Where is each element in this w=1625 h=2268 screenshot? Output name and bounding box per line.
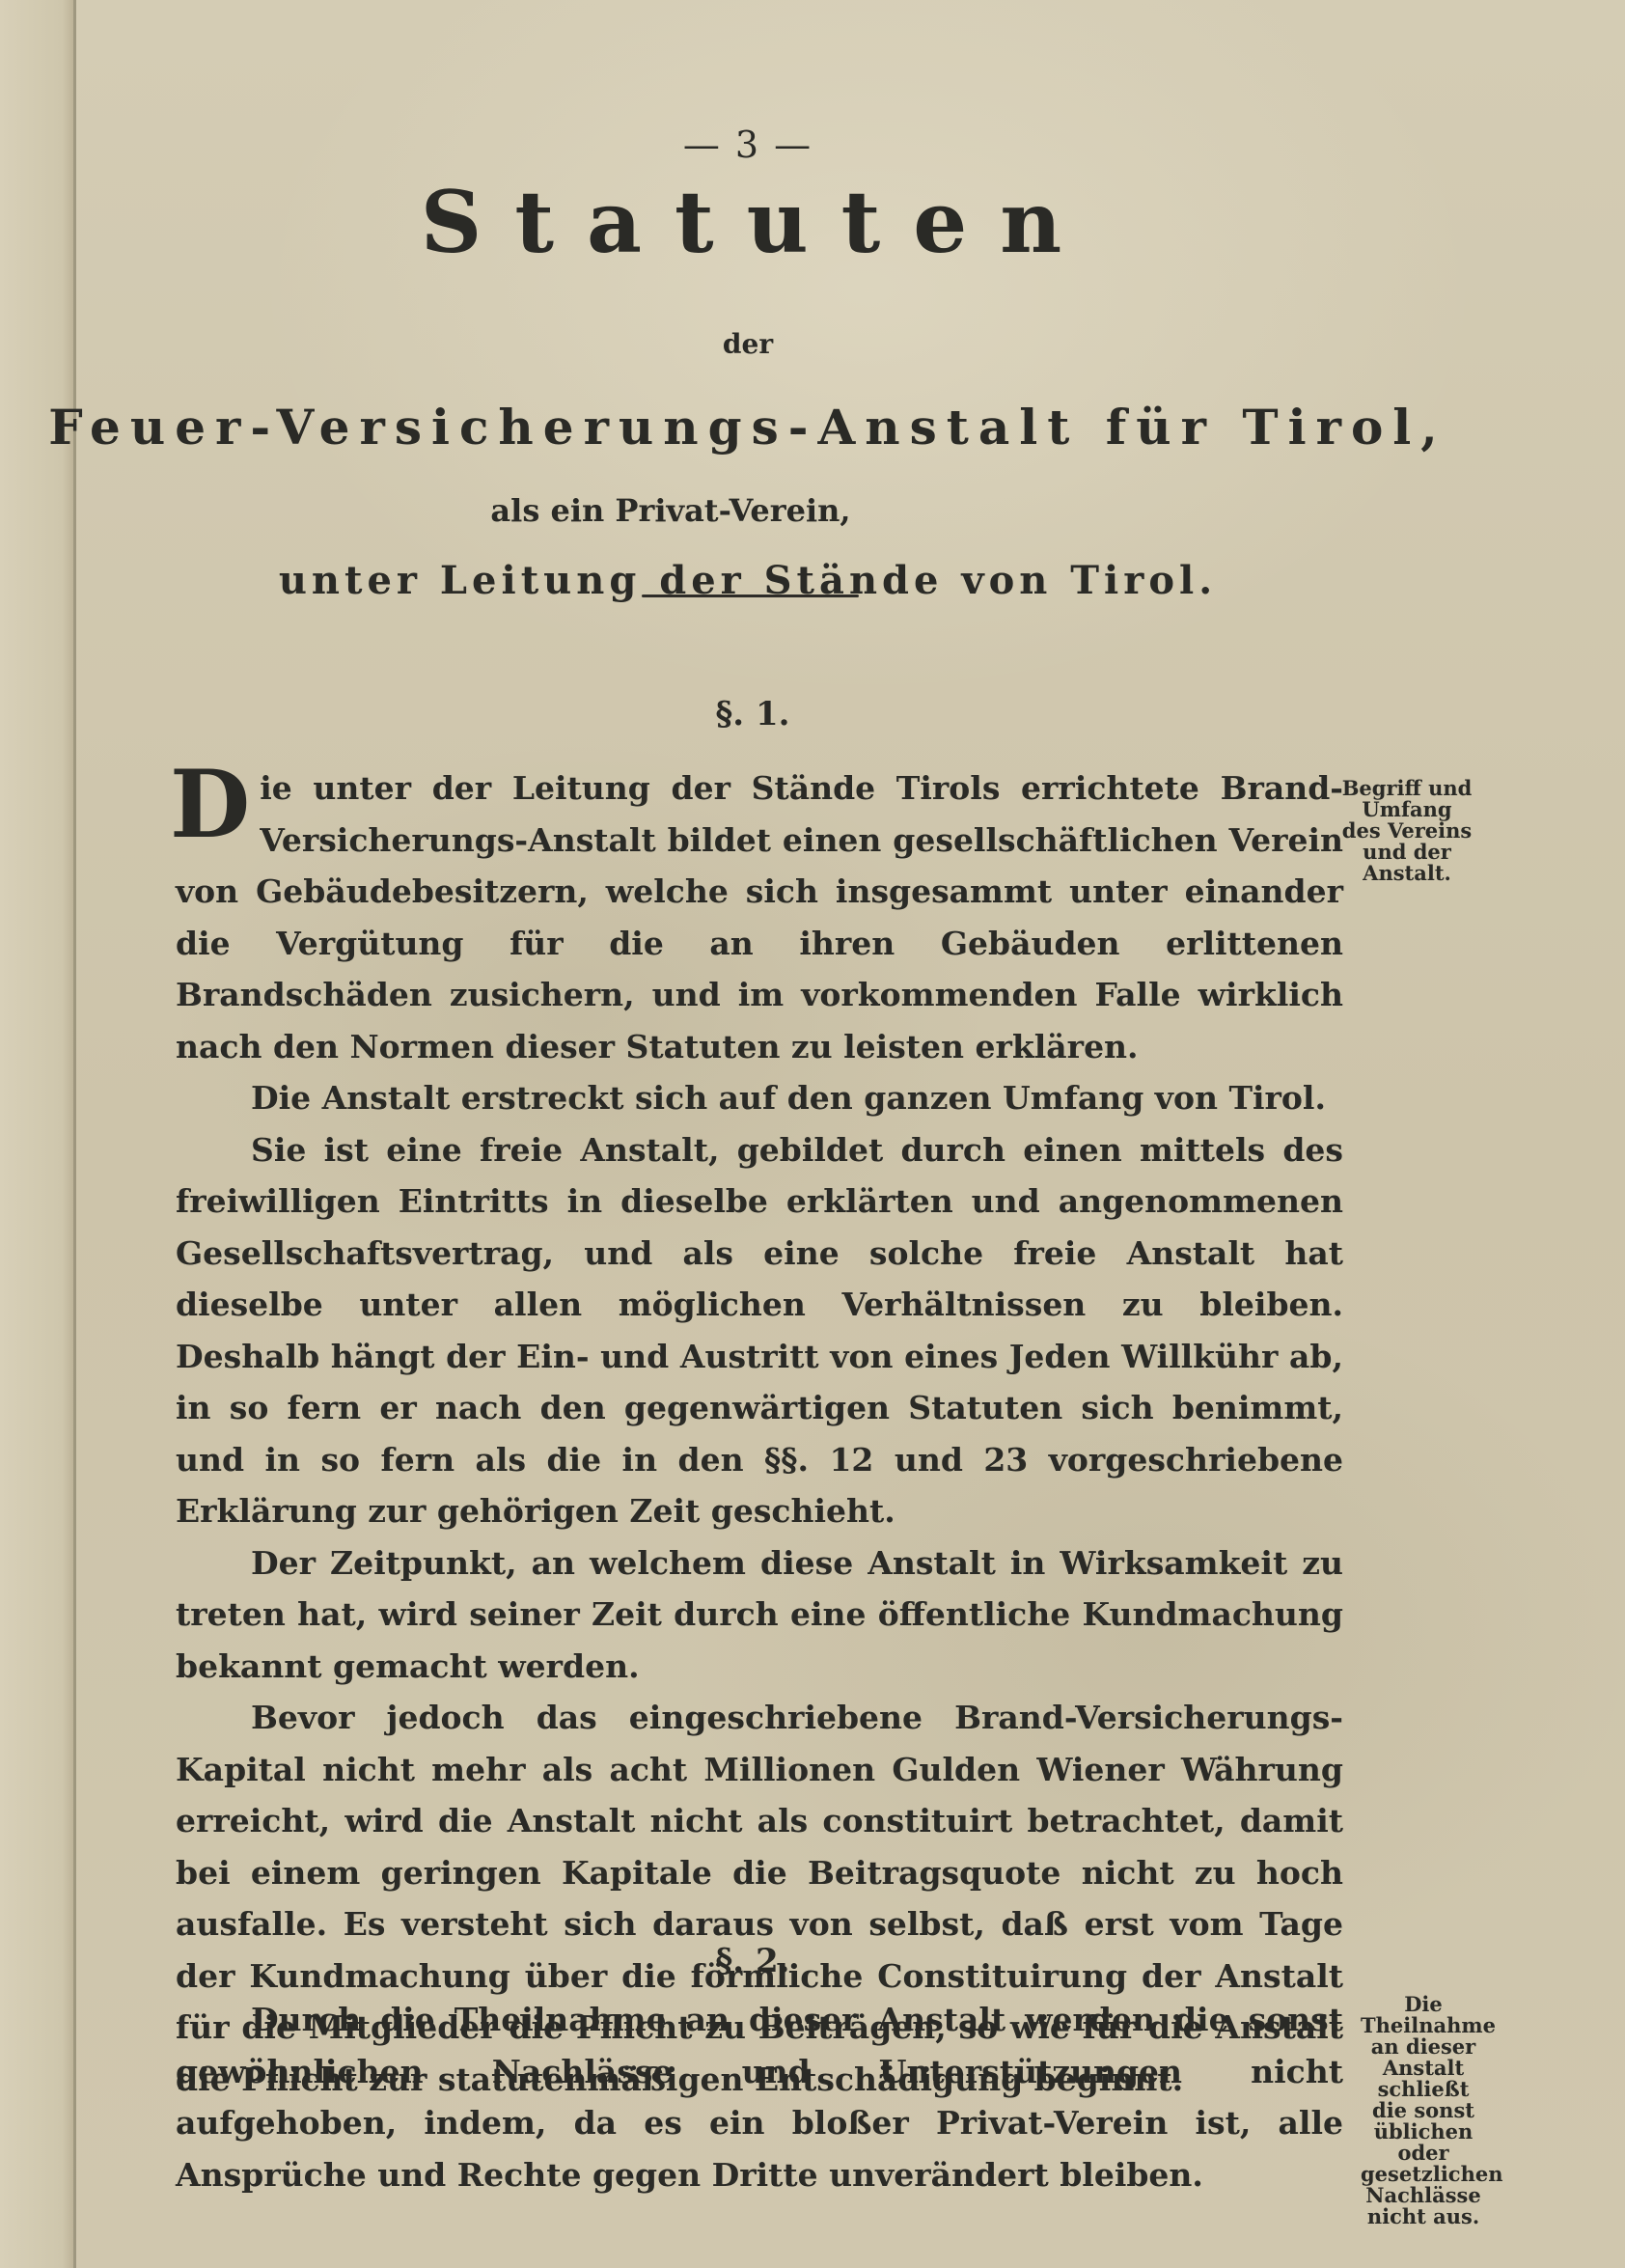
title-connector: der <box>0 328 1496 360</box>
section-2-paragraph-1: Durch die Theilnahme an dieser Anstalt w… <box>176 1994 1343 2200</box>
section-1-paragraph-4: Der Zeitpunkt, an welchem diese Anstalt … <box>176 1537 1343 1693</box>
section-1-paragraph-1: Die unter der Leitung der Stände Tirols … <box>176 762 1343 1072</box>
section-1-paragraph-2: Die Anstalt erstreckt sich auf den ganze… <box>176 1072 1343 1124</box>
drop-cap: D <box>170 766 250 844</box>
section-2-heading: §. 2. <box>0 1942 1505 1980</box>
document-page: — 3 — Statuten der Feuer-Versicherungs-A… <box>0 0 1625 2268</box>
title-divider <box>642 595 859 597</box>
document-title: Statuten <box>19 174 1496 270</box>
section-1-paragraph-3: Sie ist eine freie Anstalt, gebildet dur… <box>176 1124 1343 1537</box>
document-subtitle: Feuer-Versicherungs-Anstalt für Tirol, <box>0 399 1496 456</box>
section-2-body: Durch die Theilnahme an dieser Anstalt w… <box>176 1994 1343 2200</box>
section-1-margin-note: Begriff und Umfang des Vereins und der A… <box>1339 778 1474 884</box>
section-2-margin-note: Die Theilnahme an dieser Anstalt schließ… <box>1361 1994 1486 2227</box>
title-block: Statuten der Feuer-Versicherungs-Anstalt… <box>0 174 1496 603</box>
section-1-body: Die unter der Leitung der Stände Tirols … <box>176 762 1343 2105</box>
page-number: — 3 — <box>0 124 1496 166</box>
document-subtitle-2: als ein Privat-Verein, <box>0 492 1496 529</box>
section-1-heading: §. 1. <box>0 695 1505 733</box>
